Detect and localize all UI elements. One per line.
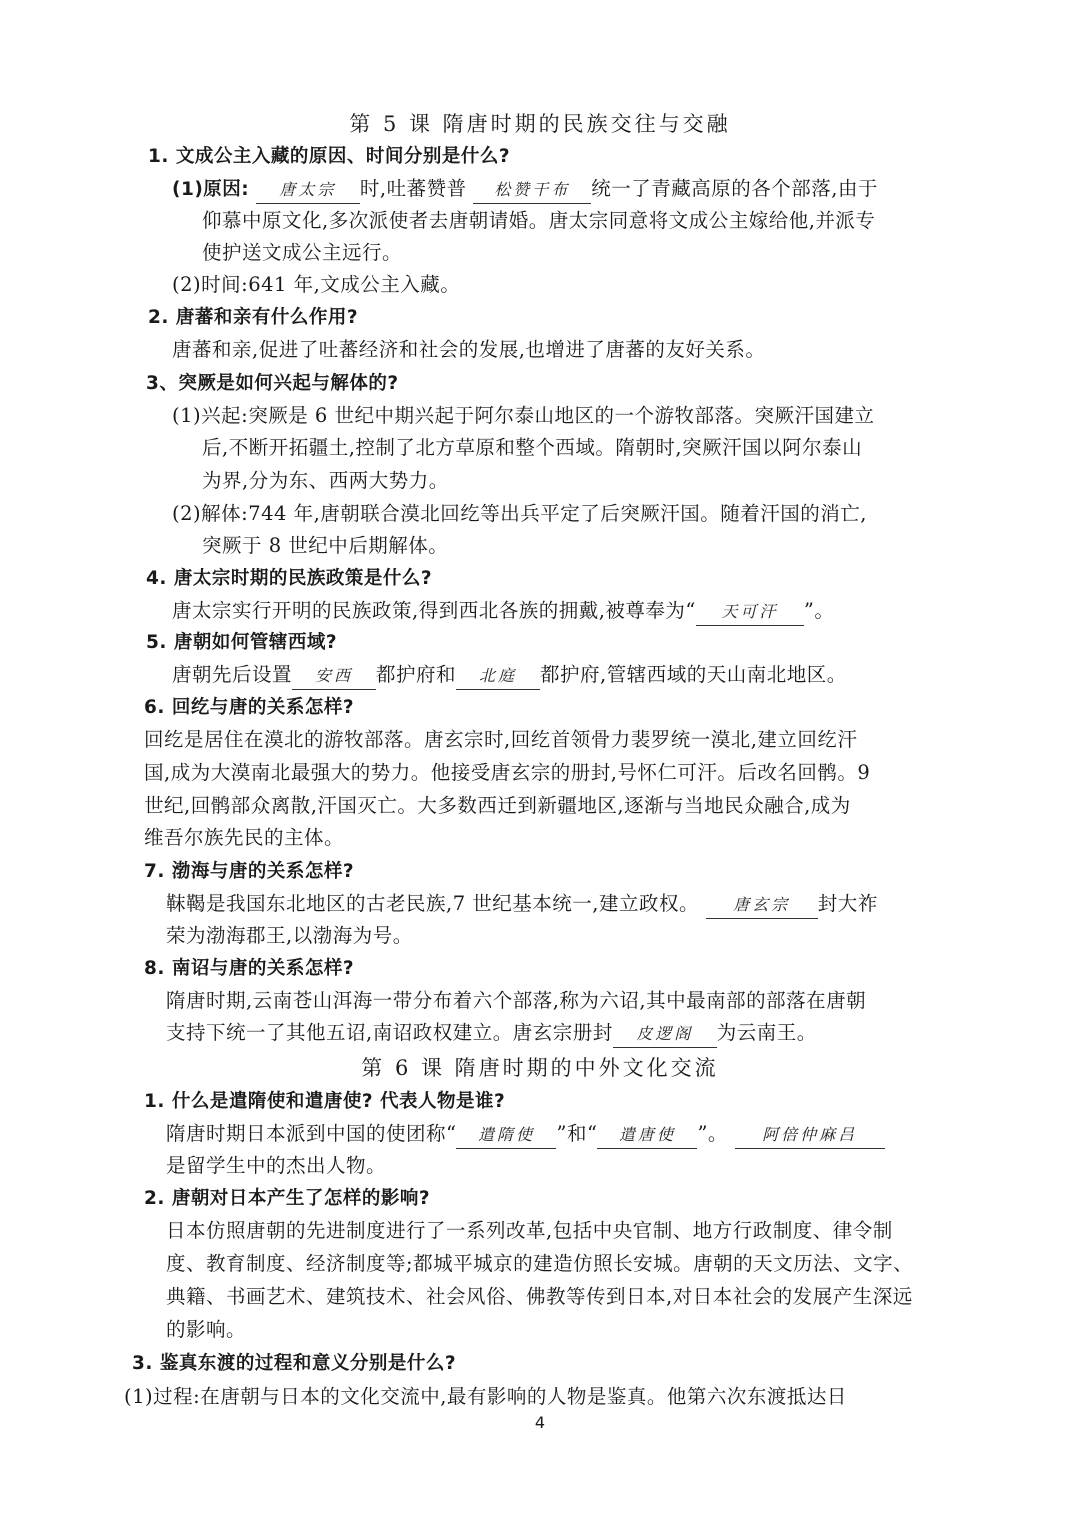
answer-text: 支持下统一了其他五诏,南诏政权建立。唐玄宗册封 xyxy=(166,1021,613,1044)
document-page: 第 5 课 隋唐时期的民族交往与交融 1. 文成公主入藏的原因、时间分别是什么?… xyxy=(0,0,1080,1528)
fill-blank: 安西 xyxy=(292,663,376,690)
lesson5-q6-line2: 国,成为大漠南北最强大的势力。他接受唐玄宗的册封,号怀仁可汗。后改名回鹘。9 xyxy=(144,758,870,788)
lesson5-q7-line1: 靺鞨是我国东北地区的古老民族,7 世纪基本统一,建立政权。 唐玄宗封大祚 xyxy=(166,889,878,919)
lesson5-q8-line1: 隋唐时期,云南苍山洱海一带分布着六个部落,称为六诏,其中最南部的部落在唐朝 xyxy=(166,986,866,1016)
lesson6-q2-line1: 日本仿照唐朝的先进制度进行了一系列改革,包括中央官制、地方行政制度、律令制 xyxy=(166,1216,893,1246)
answer-text: ”。 xyxy=(804,599,834,622)
lesson6-q2-line4: 的影响。 xyxy=(166,1315,246,1345)
lesson5-q4-question: 4. 唐太宗时期的民族政策是什么? xyxy=(146,564,432,594)
lesson5-q3-answer2-line2: 突厥于 8 世纪中后期解体。 xyxy=(202,531,448,561)
answer-text: 统一了青藏高原的各个部落,由于 xyxy=(591,177,878,200)
fill-blank: 皮逻阁 xyxy=(613,1021,717,1048)
lesson5-q5-question: 5. 唐朝如何管辖西域? xyxy=(146,628,337,658)
answer-text: 时,吐蕃赞普 xyxy=(360,177,467,200)
answer-text: ”。 xyxy=(697,1122,727,1145)
answer-text: 为云南王。 xyxy=(717,1021,817,1044)
lesson5-q3-question: 3、突厥是如何兴起与解体的? xyxy=(146,369,399,399)
lesson5-q1-answer-line3: 使护送文成公主远行。 xyxy=(202,238,402,268)
lesson6-q3-line1: (1)过程:在唐朝与日本的文化交流中,最有影响的人物是鉴真。他第六次东渡抵达日 xyxy=(124,1382,847,1412)
lesson5-q7-question: 7. 渤海与唐的关系怎样? xyxy=(144,857,354,887)
lesson5-q6-line1: 回纥是居住在漠北的游牧部落。唐玄宗时,回纥首领骨力裴罗统一漠北,建立回纥汗 xyxy=(144,725,857,755)
lesson5-q2-question: 2. 唐蕃和亲有什么作用? xyxy=(148,303,358,333)
lesson5-q8-question: 8. 南诏与唐的关系怎样? xyxy=(144,954,354,984)
lesson5-q1-question: 1. 文成公主入藏的原因、时间分别是什么? xyxy=(148,142,510,172)
lesson5-q6-line4: 维吾尔族先民的主体。 xyxy=(144,823,344,853)
lesson6-q2-line2: 度、教育制度、经济制度等;都城平城京的建造仿照长安城。唐朝的天文历法、文字、 xyxy=(166,1249,913,1279)
lesson6-q1-line2: 是留学生中的杰出人物。 xyxy=(166,1151,386,1181)
lesson6-q2-line3: 典籍、书画艺术、建筑技术、社会风俗、佛教等传到日本,对日本社会的发展产生深远 xyxy=(166,1282,913,1312)
answer-text: 隋唐时期日本派到中国的使团称“ xyxy=(166,1122,456,1145)
answer-text: 都护府,管辖西域的天山南北地区。 xyxy=(540,663,847,686)
lesson5-q3-answer1-line3: 为界,分为东、西两大势力。 xyxy=(202,466,449,496)
lesson5-q3-answer1-line2: 后,不断开拓疆土,控制了北方草原和整个西域。隋朝时,突厥汗国以阿尔泰山 xyxy=(202,433,862,463)
answer-text: 靺鞨是我国东北地区的古老民族,7 世纪基本统一,建立政权。 xyxy=(166,892,699,915)
fill-blank: 遣隋使 xyxy=(456,1122,556,1149)
lesson5-q1-answer-line1: (1)原因: 唐太宗时,吐蕃赞普 松赞干布统一了青藏高原的各个部落,由于 xyxy=(172,174,878,205)
lesson5-q7-line2: 荣为渤海郡王,以渤海为号。 xyxy=(166,921,413,951)
fill-blank: 北庭 xyxy=(456,663,540,690)
page-number: 4 xyxy=(0,1413,1080,1432)
lesson5-q8-line2: 支持下统一了其他五诏,南诏政权建立。唐玄宗册封皮逻阁为云南王。 xyxy=(166,1018,817,1048)
lesson5-q4-answer: 唐太宗实行开明的民族政策,得到西北各族的拥戴,被尊奉为“天可汗”。 xyxy=(172,596,834,626)
fill-blank: 唐玄宗 xyxy=(706,892,818,919)
answer-text: 封大祚 xyxy=(818,892,878,915)
lesson6-title: 第 6 课 隋唐时期的中外文化交流 xyxy=(0,1052,1080,1082)
lesson5-title: 第 5 课 隋唐时期的民族交往与交融 xyxy=(0,108,1080,138)
lesson5-q3-answer1-line1: (1)兴起:突厥是 6 世纪中期兴起于阿尔泰山地区的一个游牧部落。突厥汗国建立 xyxy=(172,401,875,431)
lesson5-q6-question: 6. 回纥与唐的关系怎样? xyxy=(144,693,354,723)
lesson5-q2-answer: 唐蕃和亲,促进了吐蕃经济和社会的发展,也增进了唐蕃的友好关系。 xyxy=(172,335,765,365)
fill-blank: 松赞干布 xyxy=(473,177,591,204)
lesson5-q5-answer: 唐朝先后设置安西都护府和北庭都护府,管辖西域的天山南北地区。 xyxy=(172,660,847,690)
answer-text: 都护府和 xyxy=(376,663,456,686)
lesson5-q3-answer2-line1: (2)解体:744 年,唐朝联合漠北回纥等出兵平定了后突厥汗国。随着汗国的消亡, xyxy=(172,499,867,529)
lesson6-q3-question: 3. 鉴真东渡的过程和意义分别是什么? xyxy=(132,1349,456,1379)
answer-label: (1)原因: xyxy=(172,179,249,200)
lesson5-q1-answer-line2: 仰慕中原文化,多次派使者去唐朝请婚。唐太宗同意将文成公主嫁给他,并派专 xyxy=(202,206,875,236)
lesson6-q2-question: 2. 唐朝对日本产生了怎样的影响? xyxy=(144,1184,430,1214)
fill-blank: 遣唐使 xyxy=(597,1122,697,1149)
fill-blank: 天可汗 xyxy=(696,599,804,626)
lesson5-q6-line3: 世纪,回鹘部众离散,汗国灭亡。大多数西迁到新疆地区,逐渐与当地民众融合,成为 xyxy=(144,791,851,821)
answer-text: 唐朝先后设置 xyxy=(172,663,292,686)
lesson6-q1-question: 1. 什么是遣隋使和遣唐使? 代表人物是谁? xyxy=(144,1087,505,1117)
fill-blank: 唐太宗 xyxy=(256,177,360,204)
answer-text: ”和“ xyxy=(556,1122,597,1145)
lesson5-q1-answer2: (2)时间:641 年,文成公主入藏。 xyxy=(172,270,460,300)
lesson6-q1-line1: 隋唐时期日本派到中国的使团称“遣隋使”和“遣唐使”。 阿倍仲麻吕 xyxy=(166,1119,885,1149)
fill-blank: 阿倍仲麻吕 xyxy=(735,1122,885,1149)
answer-text: 唐太宗实行开明的民族政策,得到西北各族的拥戴,被尊奉为“ xyxy=(172,599,696,622)
